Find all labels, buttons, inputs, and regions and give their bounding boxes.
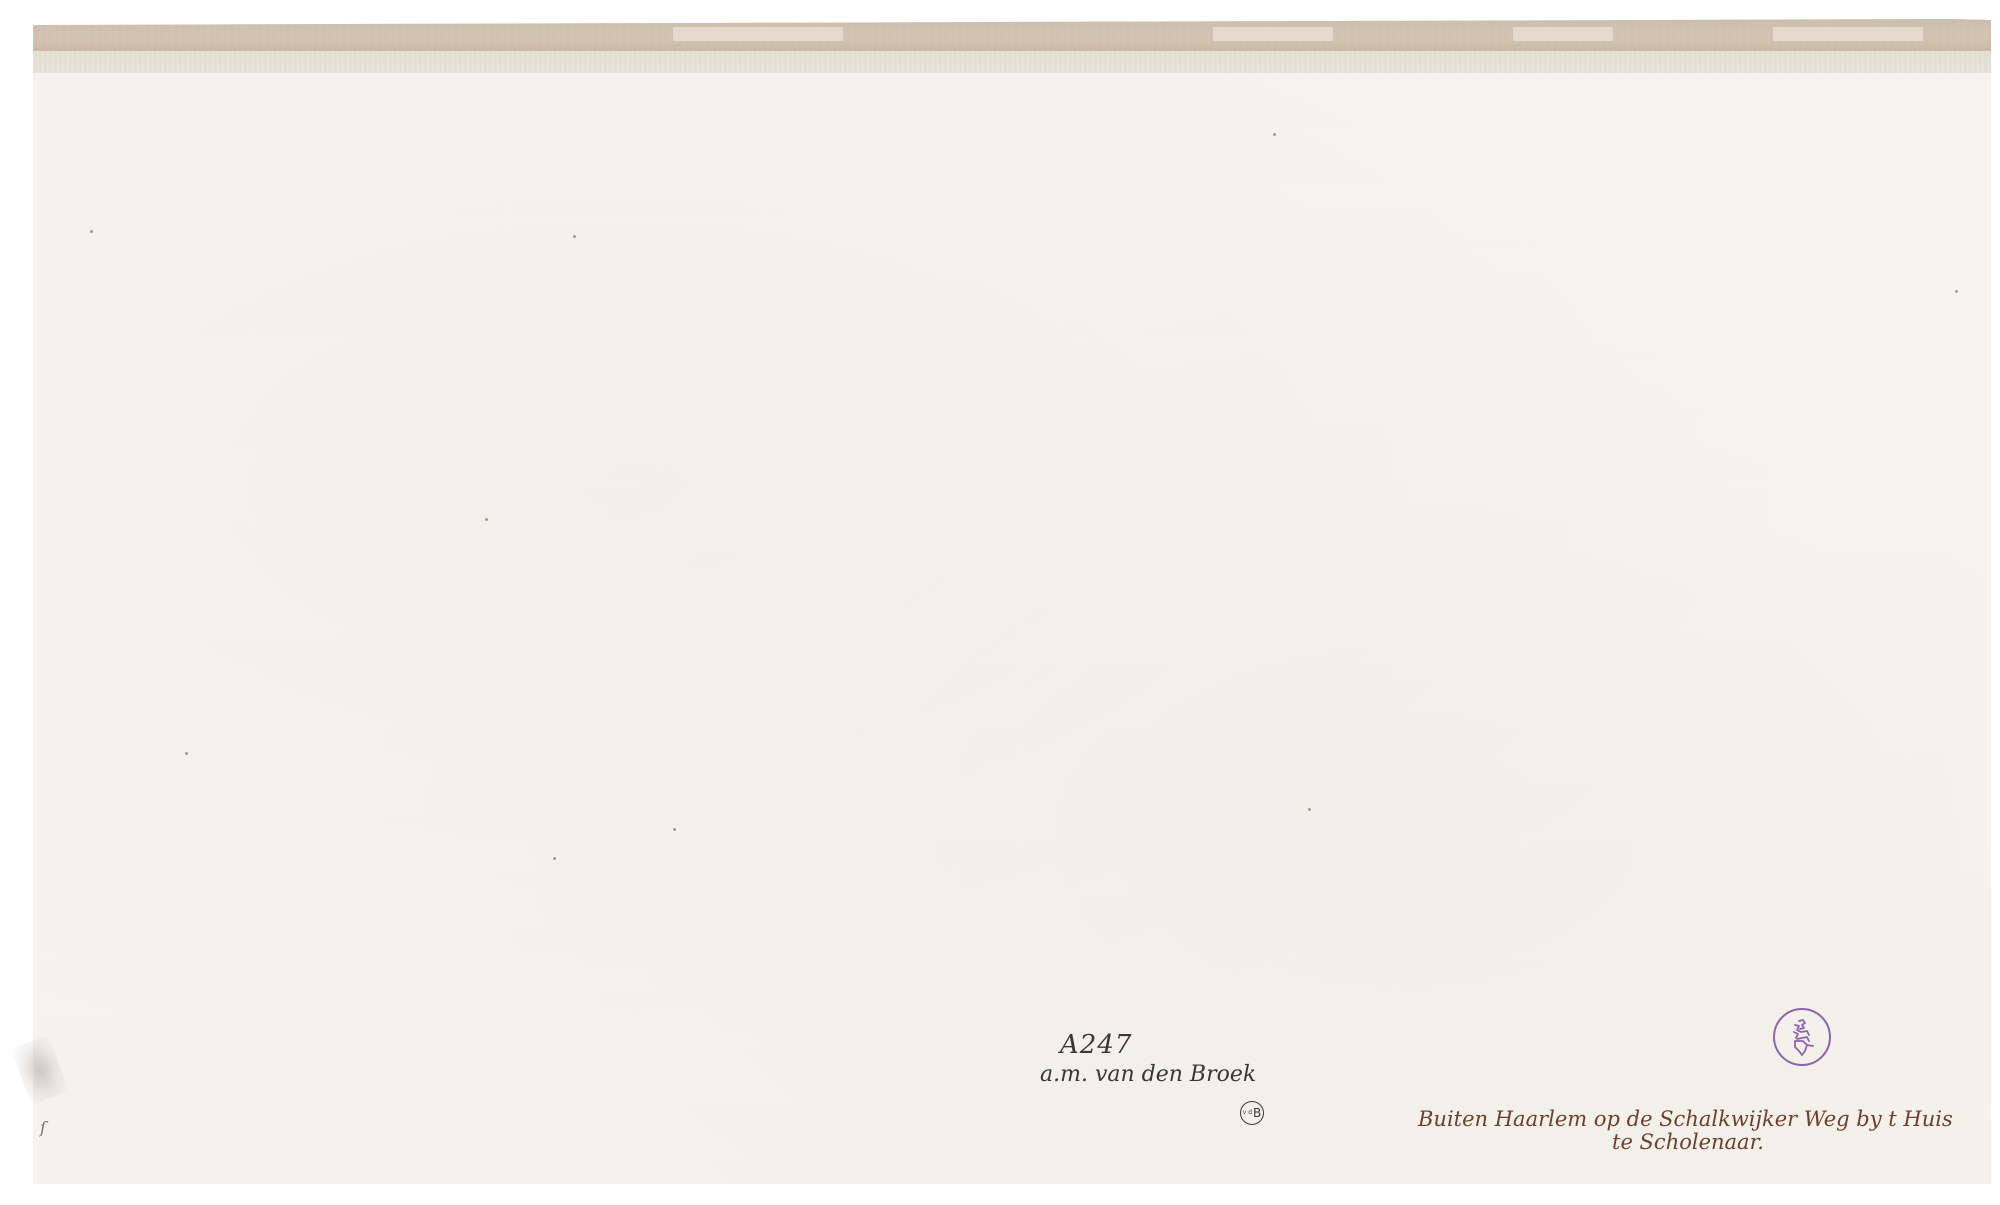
image-canvas: ſ A247 a.m. van den Broek v d B Buiten H… xyxy=(0,0,2000,1205)
tape-light-patch xyxy=(1213,27,1333,41)
collector-name-inscription: a.m. van den Broek xyxy=(1040,1062,1256,1087)
paper-speck xyxy=(553,857,556,860)
hinge-tape-lower xyxy=(33,51,1991,73)
collector-mark-large-letter: B xyxy=(1253,1106,1261,1120)
museum-collection-stamp xyxy=(1773,1008,1831,1066)
location-inscription-line-1: Buiten Haarlem op de Schalkwijker Weg by… xyxy=(1418,1107,1953,1131)
location-inscription-line-2: te Scholenaar. xyxy=(1612,1130,1764,1154)
paper-sheet xyxy=(33,19,1991,1184)
paper-speck xyxy=(485,518,488,521)
corner-mark: ſ xyxy=(40,1118,46,1137)
paper-speck xyxy=(90,230,93,233)
paper-speck xyxy=(573,235,576,238)
tape-light-patch xyxy=(1513,27,1613,41)
tape-light-patch xyxy=(1773,27,1923,41)
paper-speck xyxy=(673,828,676,831)
paper-speck xyxy=(1955,290,1958,293)
lion-rampant-icon xyxy=(1785,1017,1819,1057)
paper-speck xyxy=(1308,808,1311,811)
hinge-tape-top xyxy=(33,19,1991,51)
tape-light-patch xyxy=(673,27,843,41)
collector-mark-stamp: v d B xyxy=(1240,1101,1264,1125)
inventory-number: A247 xyxy=(1060,1030,1132,1060)
paper-speck xyxy=(1273,133,1276,136)
paper-speck xyxy=(185,752,188,755)
collector-mark-small-letters: v d xyxy=(1243,1110,1252,1116)
